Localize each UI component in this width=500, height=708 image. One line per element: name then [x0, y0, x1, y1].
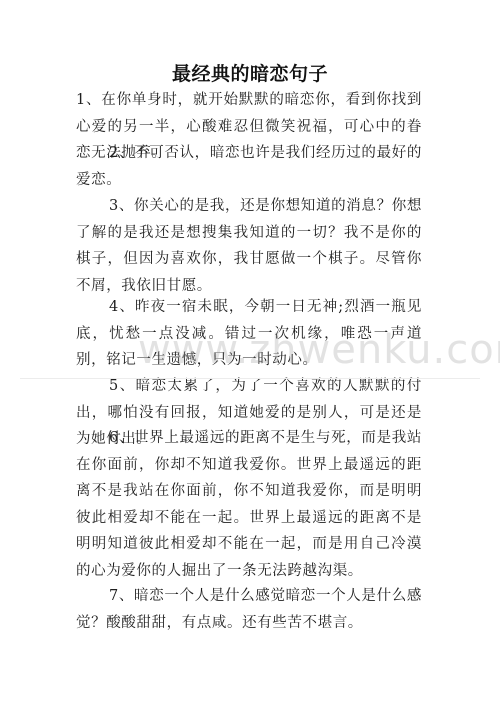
paragraph-7: 7、暗恋一个人是什么感觉暗恋一个人是什么感觉？酸酸甜甜，有点咸。还有些苦不堪言。 [76, 583, 422, 636]
document-title: 最经典的暗恋句子 [0, 61, 500, 87]
faint-divider [20, 378, 480, 379]
paragraph-4: 4、昨夜一宿未眠，今朝一日无神;烈酒一瓶见底，忧愁一点没减。错过一次机缘，唯恐一… [76, 294, 422, 374]
paragraph-2: 2、不可否认，暗恋也许是我们经历过的最好的爱恋。 [76, 140, 422, 193]
paragraph-6: 6、世界上最遥远的距离不是生与死，而是我站在你面前，你却不知道我爱你。世界上最遥… [76, 425, 422, 584]
document-page: 最经典的暗恋句子 1、在你单身时，就开始默默的暗恋你，看到你找到心爱的另一半，心… [0, 0, 500, 708]
paragraph-3: 3、你关心的是我，还是你想知道的消息？你想了解的是我还是想搜集我知道的一切？我不… [76, 193, 422, 299]
